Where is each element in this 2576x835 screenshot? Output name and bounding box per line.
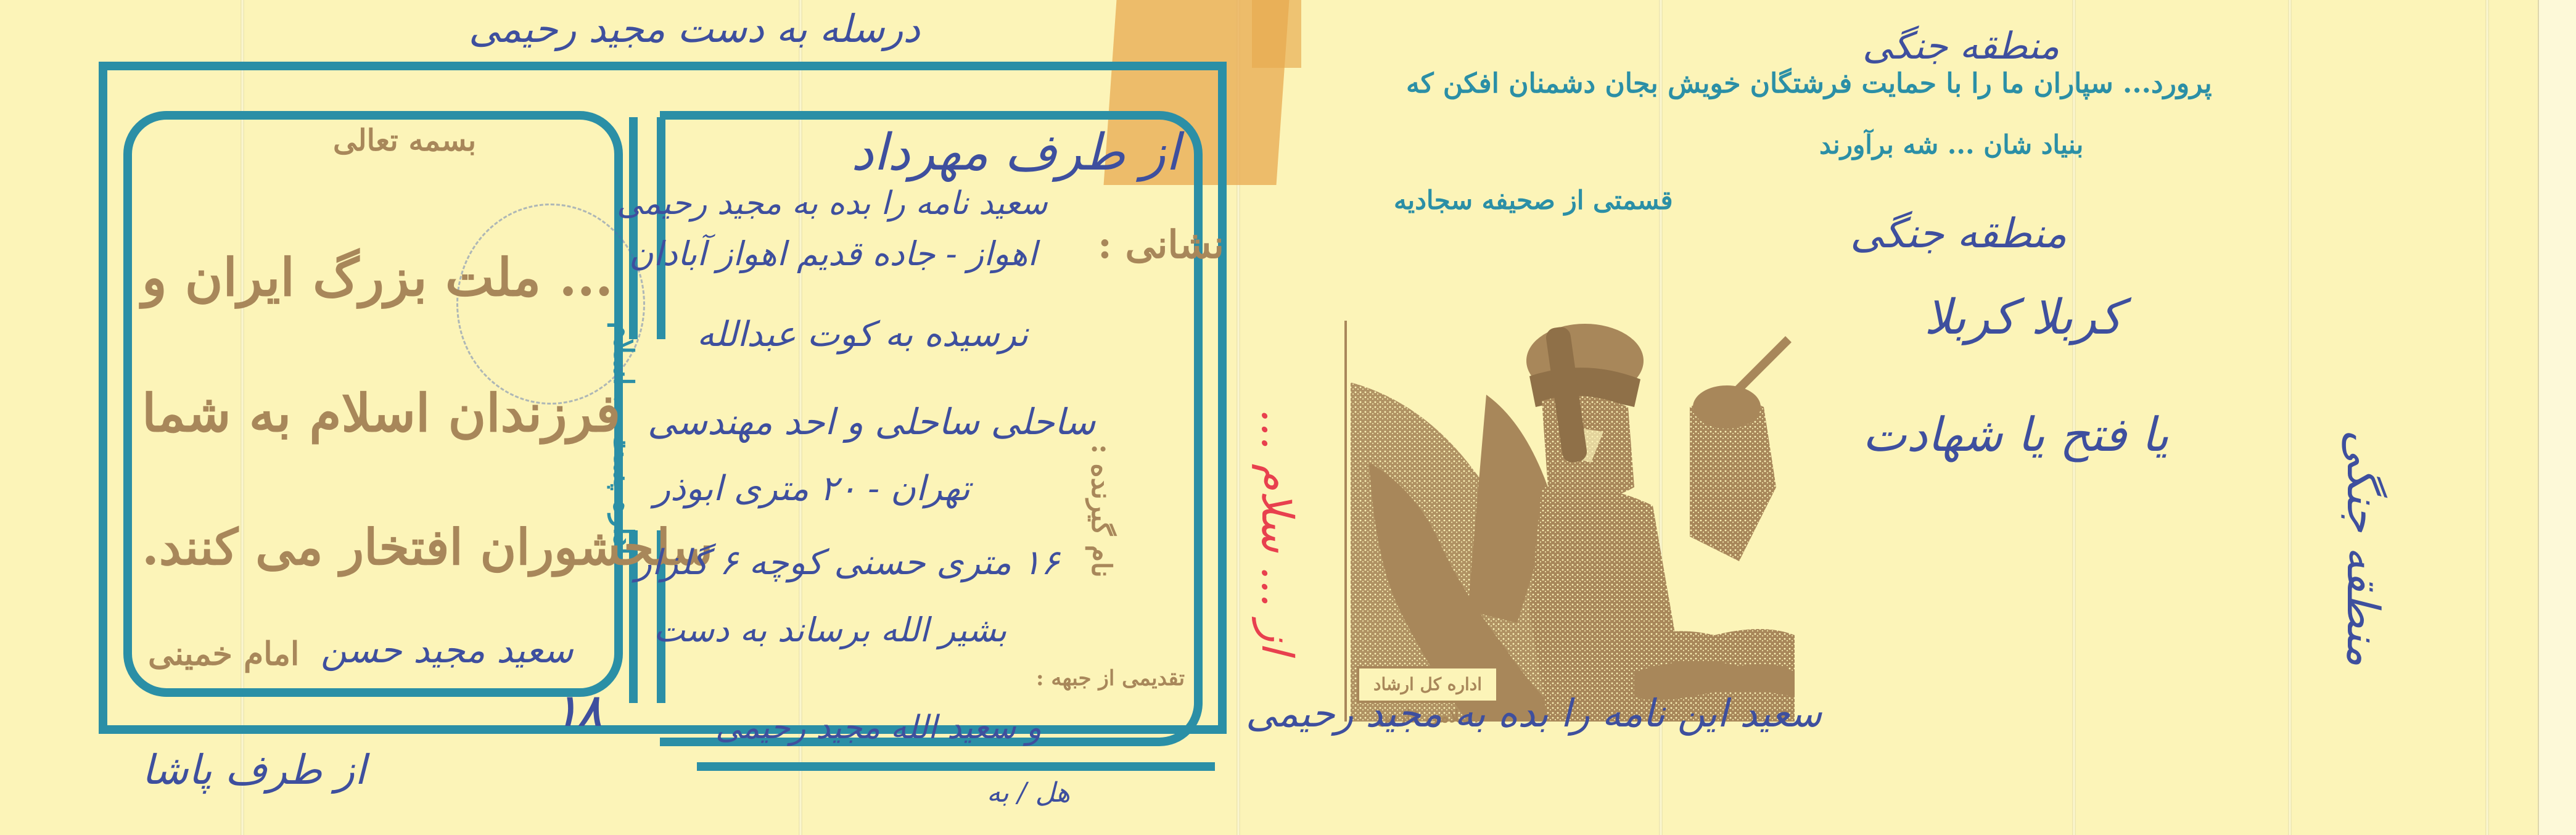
- address-line-3: ساحلی ساحلی و احد مهندسی: [648, 401, 1095, 443]
- handwritten-tail: هل / به: [987, 777, 1070, 808]
- quote-line-3: سلحشوران افتخار می کنند.: [142, 518, 713, 576]
- printed-invocation: بسمه تعالی: [333, 123, 476, 158]
- handwritten-victory-or-martyrdom: یا فتح یا شهادت: [1862, 407, 2169, 462]
- soldiers-illustration-icon: [1344, 302, 1795, 722]
- recipient-line-2: ۱۶ متری حسنی کوچه ۶ گلزار: [635, 543, 1060, 583]
- fold-line: [2288, 0, 2292, 835]
- address-line-2: نرسیده به کوت عبدالله: [697, 315, 1028, 355]
- handwritten-instruction-bottom: سعید این نامه را بده به مجید رحیمی: [1246, 691, 1822, 736]
- handwritten-karbala: کربلا کربلا: [1924, 290, 2123, 345]
- handwritten-instruction: سعید نامه را بده به مجید رحیمی: [617, 185, 1048, 222]
- handwritten-red-note: از ... سلام ...: [1252, 111, 1302, 654]
- label-address: نشانی :: [1098, 222, 1224, 267]
- label-sender: تقدیمی از جبهه :: [1036, 666, 1185, 691]
- handwritten-header: درسله به دست مجید رحیمی: [469, 6, 920, 51]
- handwritten-war-zone: منطقه جنگی: [1850, 210, 2067, 257]
- quote-line-1: ... ملت بزرگ ایران و: [142, 247, 613, 308]
- label-recipient: نام گیرنده :: [1085, 444, 1117, 578]
- fold-line: [2485, 0, 2489, 835]
- frame-divider-upper: [657, 117, 665, 339]
- handwritten-war-zone-top: منطقه جنگی: [1862, 25, 2059, 68]
- scanned-letter: اداره پست ... اسلام درسله به دست مجید رح…: [0, 0, 2576, 835]
- handwritten-signature: سعید مجید حسن: [321, 629, 574, 671]
- frame-right-line: [1218, 62, 1227, 734]
- recipient-line-3: بشیر الله برساند به دست: [654, 611, 1006, 649]
- verse-source: قسمتی از صحیفه سجادیه: [1394, 185, 1673, 215]
- verse-line-2: بنیاد شان ... شه برآورند: [1819, 130, 2083, 160]
- illustration-soldiers: [1344, 302, 1795, 722]
- sender-line: و سعید الله مجید رحیمی: [715, 709, 1042, 746]
- handwritten-from: از طرف مهرداد: [851, 123, 1180, 182]
- adhesive-tape: [1252, 0, 1301, 68]
- recipient-line-1: تهران - ۲۰ متری ابوذر: [654, 469, 970, 509]
- handwritten-vertical-note: منطقه جنگی: [2337, 111, 2389, 666]
- verse-line-1: پرورد... سپاران ما را با حمایت فرشتگان خ…: [1406, 68, 2212, 99]
- paper-edge: [2538, 0, 2576, 835]
- quote-line-2: فرزندان اسلام به شما: [142, 382, 620, 443]
- address-underline: [697, 762, 1215, 771]
- handwritten-number: ۱۸: [555, 685, 601, 736]
- handwritten-from-pasha: از طرف پاشا: [142, 746, 366, 794]
- frame-top-line: [99, 62, 1221, 70]
- quote-attribution: امام خمینی: [148, 635, 299, 673]
- frame-left-line: [99, 62, 107, 734]
- address-line-1: اهواز - جاده قدیم اهواز آبادان: [629, 234, 1037, 273]
